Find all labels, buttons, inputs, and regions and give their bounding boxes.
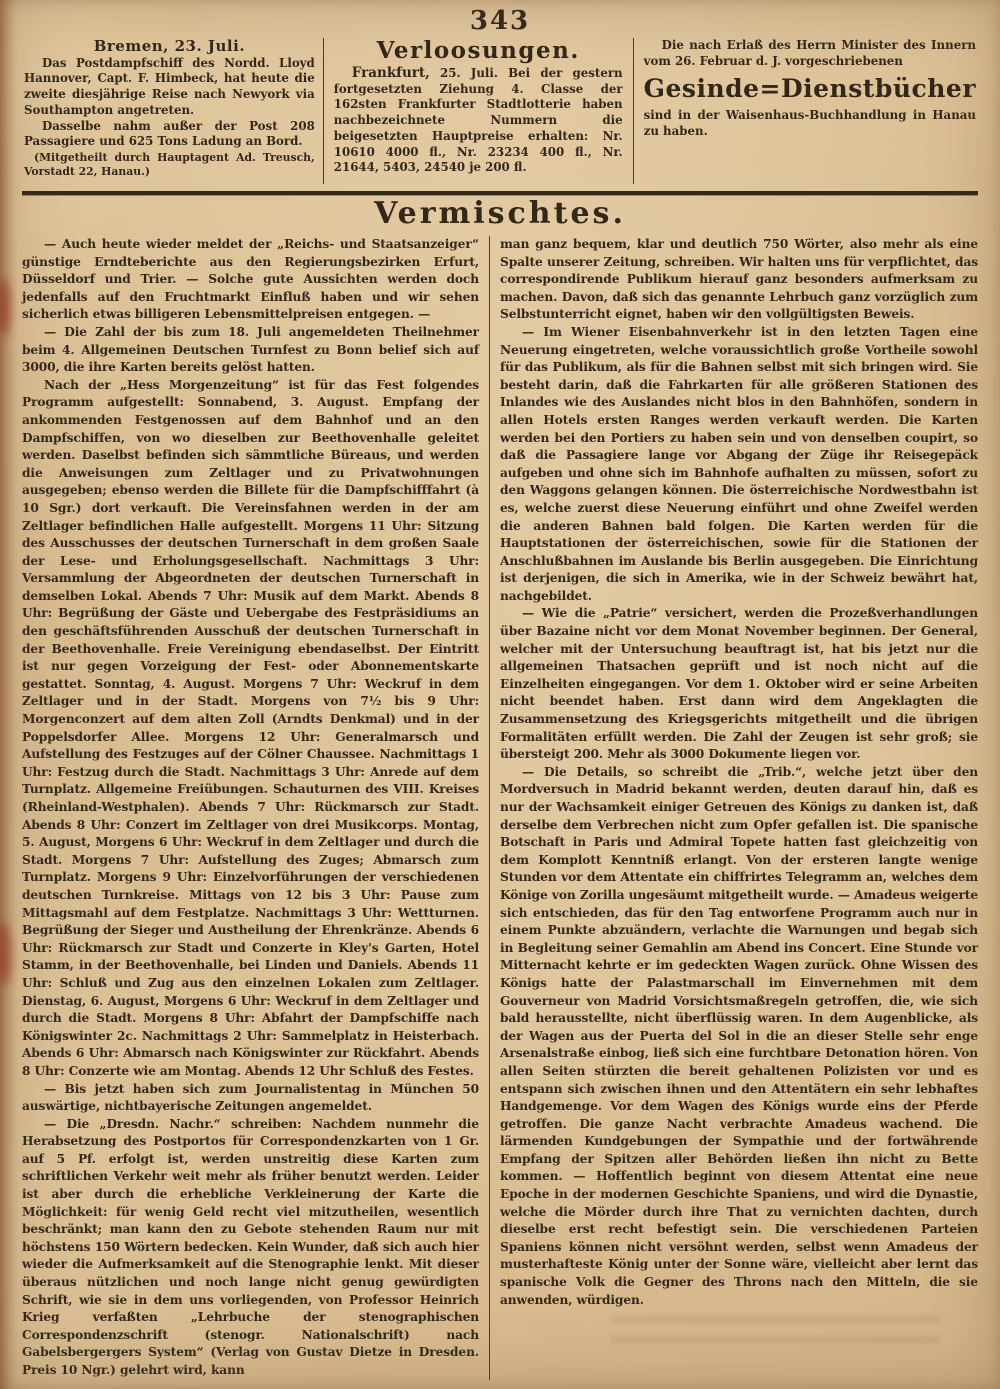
article-verloosungen-paragraph: Frankfurt, 25. Juli. Bei der gestern for… — [334, 66, 623, 176]
ad-outro-text: sind in der Waisenhaus-Buchhandlung in H… — [644, 108, 976, 139]
ad-city-name: Hanau — [932, 108, 976, 122]
top-section: Bremen, 23. Juli. Das Postdampfschiff de… — [24, 38, 976, 184]
paragraph-turnfest-program: Nach der „Hess Morgenzeitung“ ist für da… — [22, 377, 479, 1081]
vermischtes-left-column: — Auch heute wieder meldet der „Reichs- … — [22, 236, 490, 1380]
ad-gesinde-dienstbuecher: Die nach Erlaß des Herrn Minister des In… — [634, 38, 976, 184]
credit-note-text: (Mitgetheilt durch Hauptagent — [34, 151, 236, 164]
red-ink-smudge — [0, 278, 10, 336]
lottery-results-text: 25. Juli. Bei der gestern fortgesetzten … — [334, 66, 623, 174]
article-bremen-paragraph: Das Postdampfschiff des Nordd. Lloyd Han… — [24, 56, 315, 119]
newspaper-page: 343 Bremen, 23. Juli. Das Postdampfschif… — [0, 0, 1000, 1389]
article-bremen-credit-note: (Mitgetheilt durch Hauptagent Ad. Treusc… — [24, 151, 315, 179]
paragraph-vienna-railway: — Im Wiener Eisenbahnverkehr ist in den … — [500, 324, 978, 606]
credit-note-text: Vorstadt 22, Hanau.) — [24, 165, 150, 178]
ad-outro-fragment: sind in der — [644, 108, 726, 122]
paragraph-bazaine-trial: — Wie die „Patrie“ versichert, werden di… — [500, 605, 978, 763]
section-title-vermischtes: Vermischtes. — [0, 197, 1000, 231]
ad-outro-fragment: in — [907, 108, 933, 122]
article-verloosungen: Verloosungen. Frankfurt, 25. Juli. Bei d… — [323, 38, 634, 184]
article-verloosungen-heading: Verloosungen. — [334, 38, 623, 64]
paragraph-turnfest-count: — Die Zahl der bis zum 18. Juli angemeld… — [22, 324, 479, 377]
page-number: 343 — [0, 7, 1000, 35]
article-bremen-heading: Bremen, 23. Juli. — [24, 39, 315, 55]
vermischtes-body: — Auch heute wieder meldet der „Reichs- … — [22, 236, 978, 1380]
section-divider-rule — [22, 191, 978, 195]
paragraph-journalistentag: — Bis jetzt haben sich zum Journalistent… — [22, 1081, 479, 1116]
ad-intro-text: Die nach Erlaß des Herrn Minister des In… — [644, 38, 976, 69]
credit-note-agent: Ad. Treusch, — [236, 151, 315, 164]
article-bremen-paragraph: Dasselbe nahm außer der Post 208 Passagi… — [24, 119, 315, 150]
paragraph-harvest-reports: — Auch heute wieder meldet der „Reichs- … — [22, 236, 479, 324]
ad-bookshop-name: Waisenhaus-Buchhandlung — [726, 108, 907, 122]
paragraph-stenography-continued: man ganz bequem, klar und deutlich 750 W… — [500, 236, 978, 324]
vermischtes-right-column: man ganz bequem, klar und deutlich 750 W… — [490, 236, 978, 1380]
dateline-frankfurt: Frankfurt, — [352, 65, 430, 81]
red-ink-smudge — [0, 922, 11, 986]
ad-outro-fragment: zu haben. — [644, 124, 708, 138]
ad-display-title: Gesinde=Dienstbücher — [644, 72, 976, 106]
article-bremen: Bremen, 23. Juli. Das Postdampfschiff de… — [24, 38, 323, 184]
paragraph-postcard-stenography: — Die „Dresdn. Nachr.“ schreiben: Nachde… — [22, 1116, 479, 1380]
paragraph-madrid-attentat: — Die Details, so schreibt die „Trib.“, … — [500, 764, 978, 1309]
